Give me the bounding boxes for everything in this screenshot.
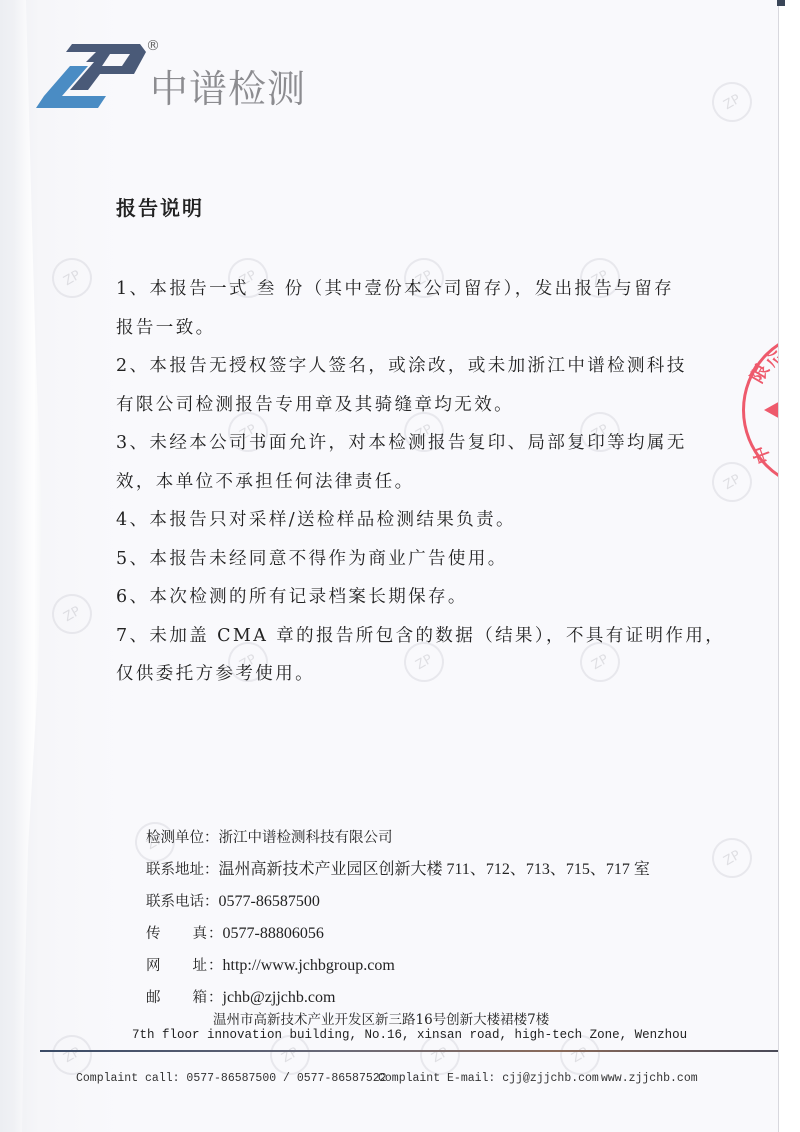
note-3-line-2: 效，本单位不承担任何法律责任。	[116, 463, 696, 502]
footer-address-cn: 温州市高新技术产业开发区新三路16号创新大楼裙楼7楼	[213, 1008, 549, 1028]
contact-info: 检测单位：浙江中谱检测科技有限公司 联系地址：温州高新技术产业园区创新大楼 71…	[146, 822, 686, 1014]
contact-colon: ：	[204, 886, 219, 918]
document-page: ZP ZP ZP ZP ZP ZP ZP ZP ZP ZP ZP ZP ZP Z…	[0, 0, 780, 1132]
contact-colon: ：	[204, 822, 219, 854]
website-link[interactable]: http://www.jchbgroup.com	[223, 950, 395, 982]
contact-row-fax: 传真：0577-88806056	[146, 918, 686, 950]
page-title: 报告说明	[116, 192, 204, 221]
footer-website: www.zjjchb.com	[601, 1072, 698, 1085]
note-7-line-2: 仅供委托方参考使用。	[116, 655, 696, 694]
watermark-icon: ZP	[705, 75, 760, 130]
note-3-line-1: 3、未经本公司书面允许，对本检测报告复印、局部复印等均属无	[116, 424, 696, 463]
footer-address-en: 7th floor innovation building, No.16, xi…	[132, 1028, 687, 1042]
contact-label: 传真	[146, 918, 208, 950]
report-notes: 1、本报告一式 叁 份（其中壹份本公司留存），发出报告与留存 报告一致。 2、本…	[116, 270, 696, 694]
watermark-icon: ZP	[45, 251, 100, 306]
contact-colon: ：	[204, 854, 219, 886]
contact-value: 0577-88806056	[223, 918, 324, 950]
watermark-icon: ZP	[705, 831, 760, 886]
paper-fold-shadow	[14, 0, 54, 1132]
contact-label: 联系地址	[146, 854, 204, 886]
footer-complaint-email: Complaint E-mail: cjj@zjjchb.com	[378, 1072, 599, 1085]
brand-name: 中谱检测	[150, 58, 306, 113]
note-4: 4、本报告只对采样/送检样品检测结果负责。	[116, 501, 696, 540]
footer-divider	[40, 1050, 778, 1052]
company-logo-icon	[36, 40, 156, 112]
contact-row-website: 网址：http://www.jchbgroup.com	[146, 950, 686, 982]
footer-complaint-call: Complaint call: 0577-86587500 / 0577-865…	[76, 1072, 387, 1085]
note-1-line-2: 报告一致。	[116, 309, 696, 348]
note-1-line-1: 1、本报告一式 叁 份（其中壹份本公司留存），发出报告与留存	[116, 270, 696, 309]
note-7-line-1: 7、未加盖 CMA 章的报告所包含的数据（结果），不具有证明作用，	[116, 617, 696, 656]
contact-label: 联系电话	[146, 886, 204, 918]
next-page-edge	[778, 0, 800, 1132]
contact-value: 0577-86587500	[219, 886, 320, 918]
contact-label: 网址	[146, 950, 208, 982]
contact-row-unit: 检测单位：浙江中谱检测科技有限公司	[146, 822, 686, 854]
contact-colon: ：	[208, 950, 223, 982]
contact-value: 浙江中谱检测科技有限公司	[219, 822, 393, 854]
contact-value: 温州高新技术产业园区创新大楼 711、712、713、715、717 室	[219, 854, 650, 886]
contact-label: 邮箱	[146, 982, 208, 1014]
watermark-icon: ZP	[45, 587, 100, 642]
registered-mark: ®	[146, 38, 160, 54]
note-6: 6、本次检测的所有记录档案长期保存。	[116, 578, 696, 617]
contact-colon: ：	[208, 918, 223, 950]
note-2-line-2: 有限公司检测报告专用章及其骑缝章均无效。	[116, 386, 696, 425]
note-5: 5、本报告未经同意不得作为商业广告使用。	[116, 540, 696, 579]
contact-label: 检测单位	[146, 822, 204, 854]
note-2-line-1: 2、本报告无授权签字人签名，或涂改，或未加浙江中谱检测科技	[116, 347, 696, 386]
contact-row-phone: 联系电话：0577-86587500	[146, 886, 686, 918]
contact-row-address: 联系地址：温州高新技术产业园区创新大楼 711、712、713、715、717 …	[146, 854, 686, 886]
